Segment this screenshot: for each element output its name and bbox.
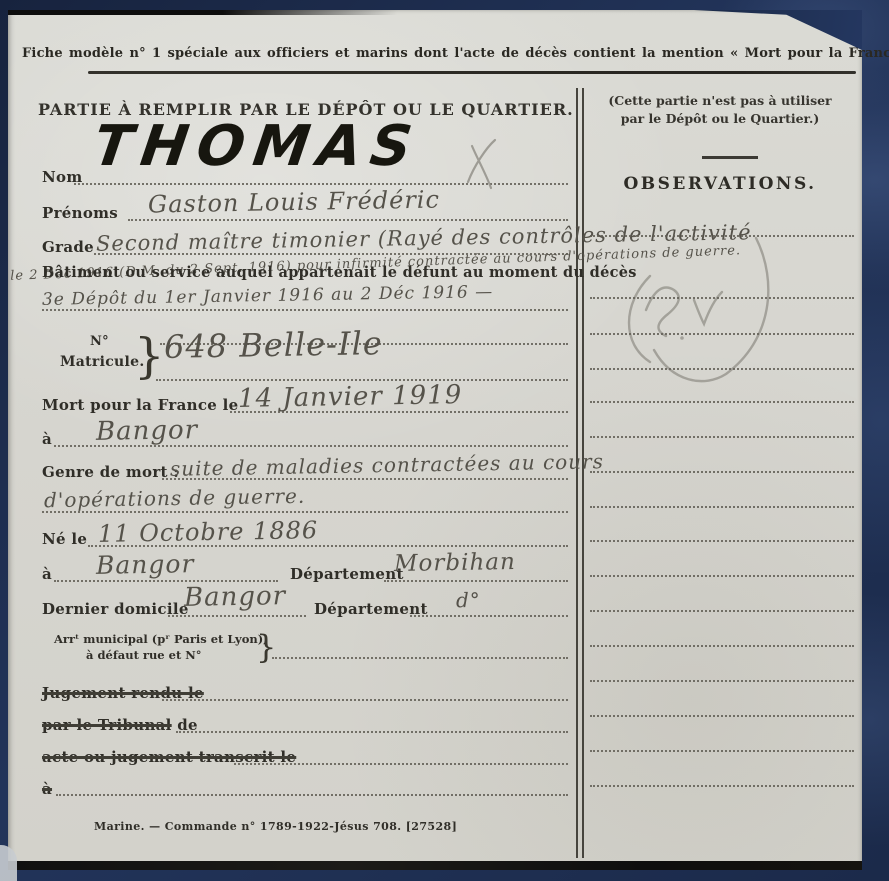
batiment-label: Bâtiment ou service auquel appartenait l… [42, 264, 637, 281]
domicile-value: Bangor [184, 581, 287, 613]
observations-dotted-line [590, 294, 854, 299]
genre-mort-label: Genre de mort : [42, 463, 179, 481]
observations-dotted-line [590, 642, 854, 647]
pencil-x-mark [460, 136, 502, 192]
matricule-value: 648 Belle-Ile [164, 324, 383, 366]
matricule-label-top: N° [90, 334, 109, 349]
jugement-dotted-line [162, 696, 568, 701]
fiche-header-line: Fiche modèle n° 1 spéciale aux officiers… [22, 46, 889, 61]
domicile-dept-dotted-line [410, 612, 568, 617]
scan-edge-bottom [8, 861, 862, 870]
genre-mort-dotted-line-2 [42, 508, 568, 513]
observations-dotted-line [590, 782, 854, 787]
fiche-header-underline [88, 71, 856, 74]
observations-dotted-line [590, 398, 854, 403]
scanned-document-page: { "page": { "fiche_header": "Fiche modèl… [0, 0, 889, 881]
mort-date-value: 14 Janvier 1919 [238, 380, 463, 414]
note-line1: (Cette partie n'est pas à utiliser [608, 93, 831, 108]
naissance-lieu-value: Bangor [96, 549, 195, 580]
printer-imprint: Marine. — Commande n° 1789-1922-Jésus 70… [94, 820, 457, 833]
arrondissement-label-line2: à défaut rue et N° [86, 648, 202, 662]
observations-dotted-line [590, 537, 854, 542]
observations-dotted-line [590, 677, 854, 682]
observations-dotted-line [590, 365, 854, 370]
observations-title: OBSERVATIONS. [600, 174, 840, 194]
prenoms-value: Gaston Louis Frédéric [148, 185, 440, 218]
observations-dotted-line [590, 712, 854, 717]
grade-label: Grade [42, 238, 94, 256]
observations-dotted-line [590, 747, 854, 752]
naissance-date-value: 11 Octobre 1886 [98, 516, 319, 548]
observations-dotted-line [590, 572, 854, 577]
matricule-label-bottom: Matricule. [60, 354, 145, 370]
domicile-dept-value: d° [456, 588, 481, 612]
prenoms-label: Prénoms [42, 204, 118, 222]
domicile-label: Dernier domicile [42, 600, 189, 618]
observations-dotted-line [590, 433, 854, 438]
note-divider-rule [702, 156, 758, 159]
tribunal-label: par le Tribunal de [42, 716, 198, 734]
mort-date-label: Mort pour la France le [42, 396, 238, 414]
acte-dotted-line [234, 760, 568, 765]
scan-corner-gap [694, 10, 862, 50]
arrondissement-label-line1: Arrᵗ municipal (pʳ Paris et Lyon), [54, 632, 267, 646]
tribunal-label-struck: par le Tribunal [42, 716, 172, 734]
transcrit-lieu-dotted-line [56, 791, 568, 796]
naissance-dept-value: Morbihan [394, 549, 516, 577]
batiment-dotted-line [42, 306, 568, 311]
naissance-dept-dotted-line [384, 577, 568, 582]
matricule-dotted-line-2 [156, 376, 568, 381]
transcrit-lieu-label: à [42, 780, 52, 798]
arrondissement-brace: } [256, 628, 276, 666]
scan-edge-top [8, 10, 398, 15]
nom-value: THOMAS [89, 114, 424, 179]
right-column-note: (Cette partie n'est pas à utiliser par l… [600, 92, 840, 128]
mort-lieu-value: Bangor [96, 415, 199, 447]
observations-dotted-line [590, 232, 854, 237]
observations-dotted-line [590, 503, 854, 508]
naissance-date-label: Né le [42, 530, 87, 548]
document-scan-paper: Fiche modèle n° 1 spéciale aux officiers… [8, 10, 862, 870]
naissance-lieu-label: à [42, 565, 52, 583]
tribunal-dotted-line [176, 728, 568, 733]
mort-lieu-label: à [42, 430, 52, 448]
arrondissement-dotted-line [272, 654, 568, 659]
observations-dotted-line [590, 468, 854, 473]
note-line2: par le Dépôt ou le Quartier.) [621, 111, 820, 126]
observations-dotted-line [590, 330, 854, 335]
observations-dotted-line [590, 607, 854, 612]
